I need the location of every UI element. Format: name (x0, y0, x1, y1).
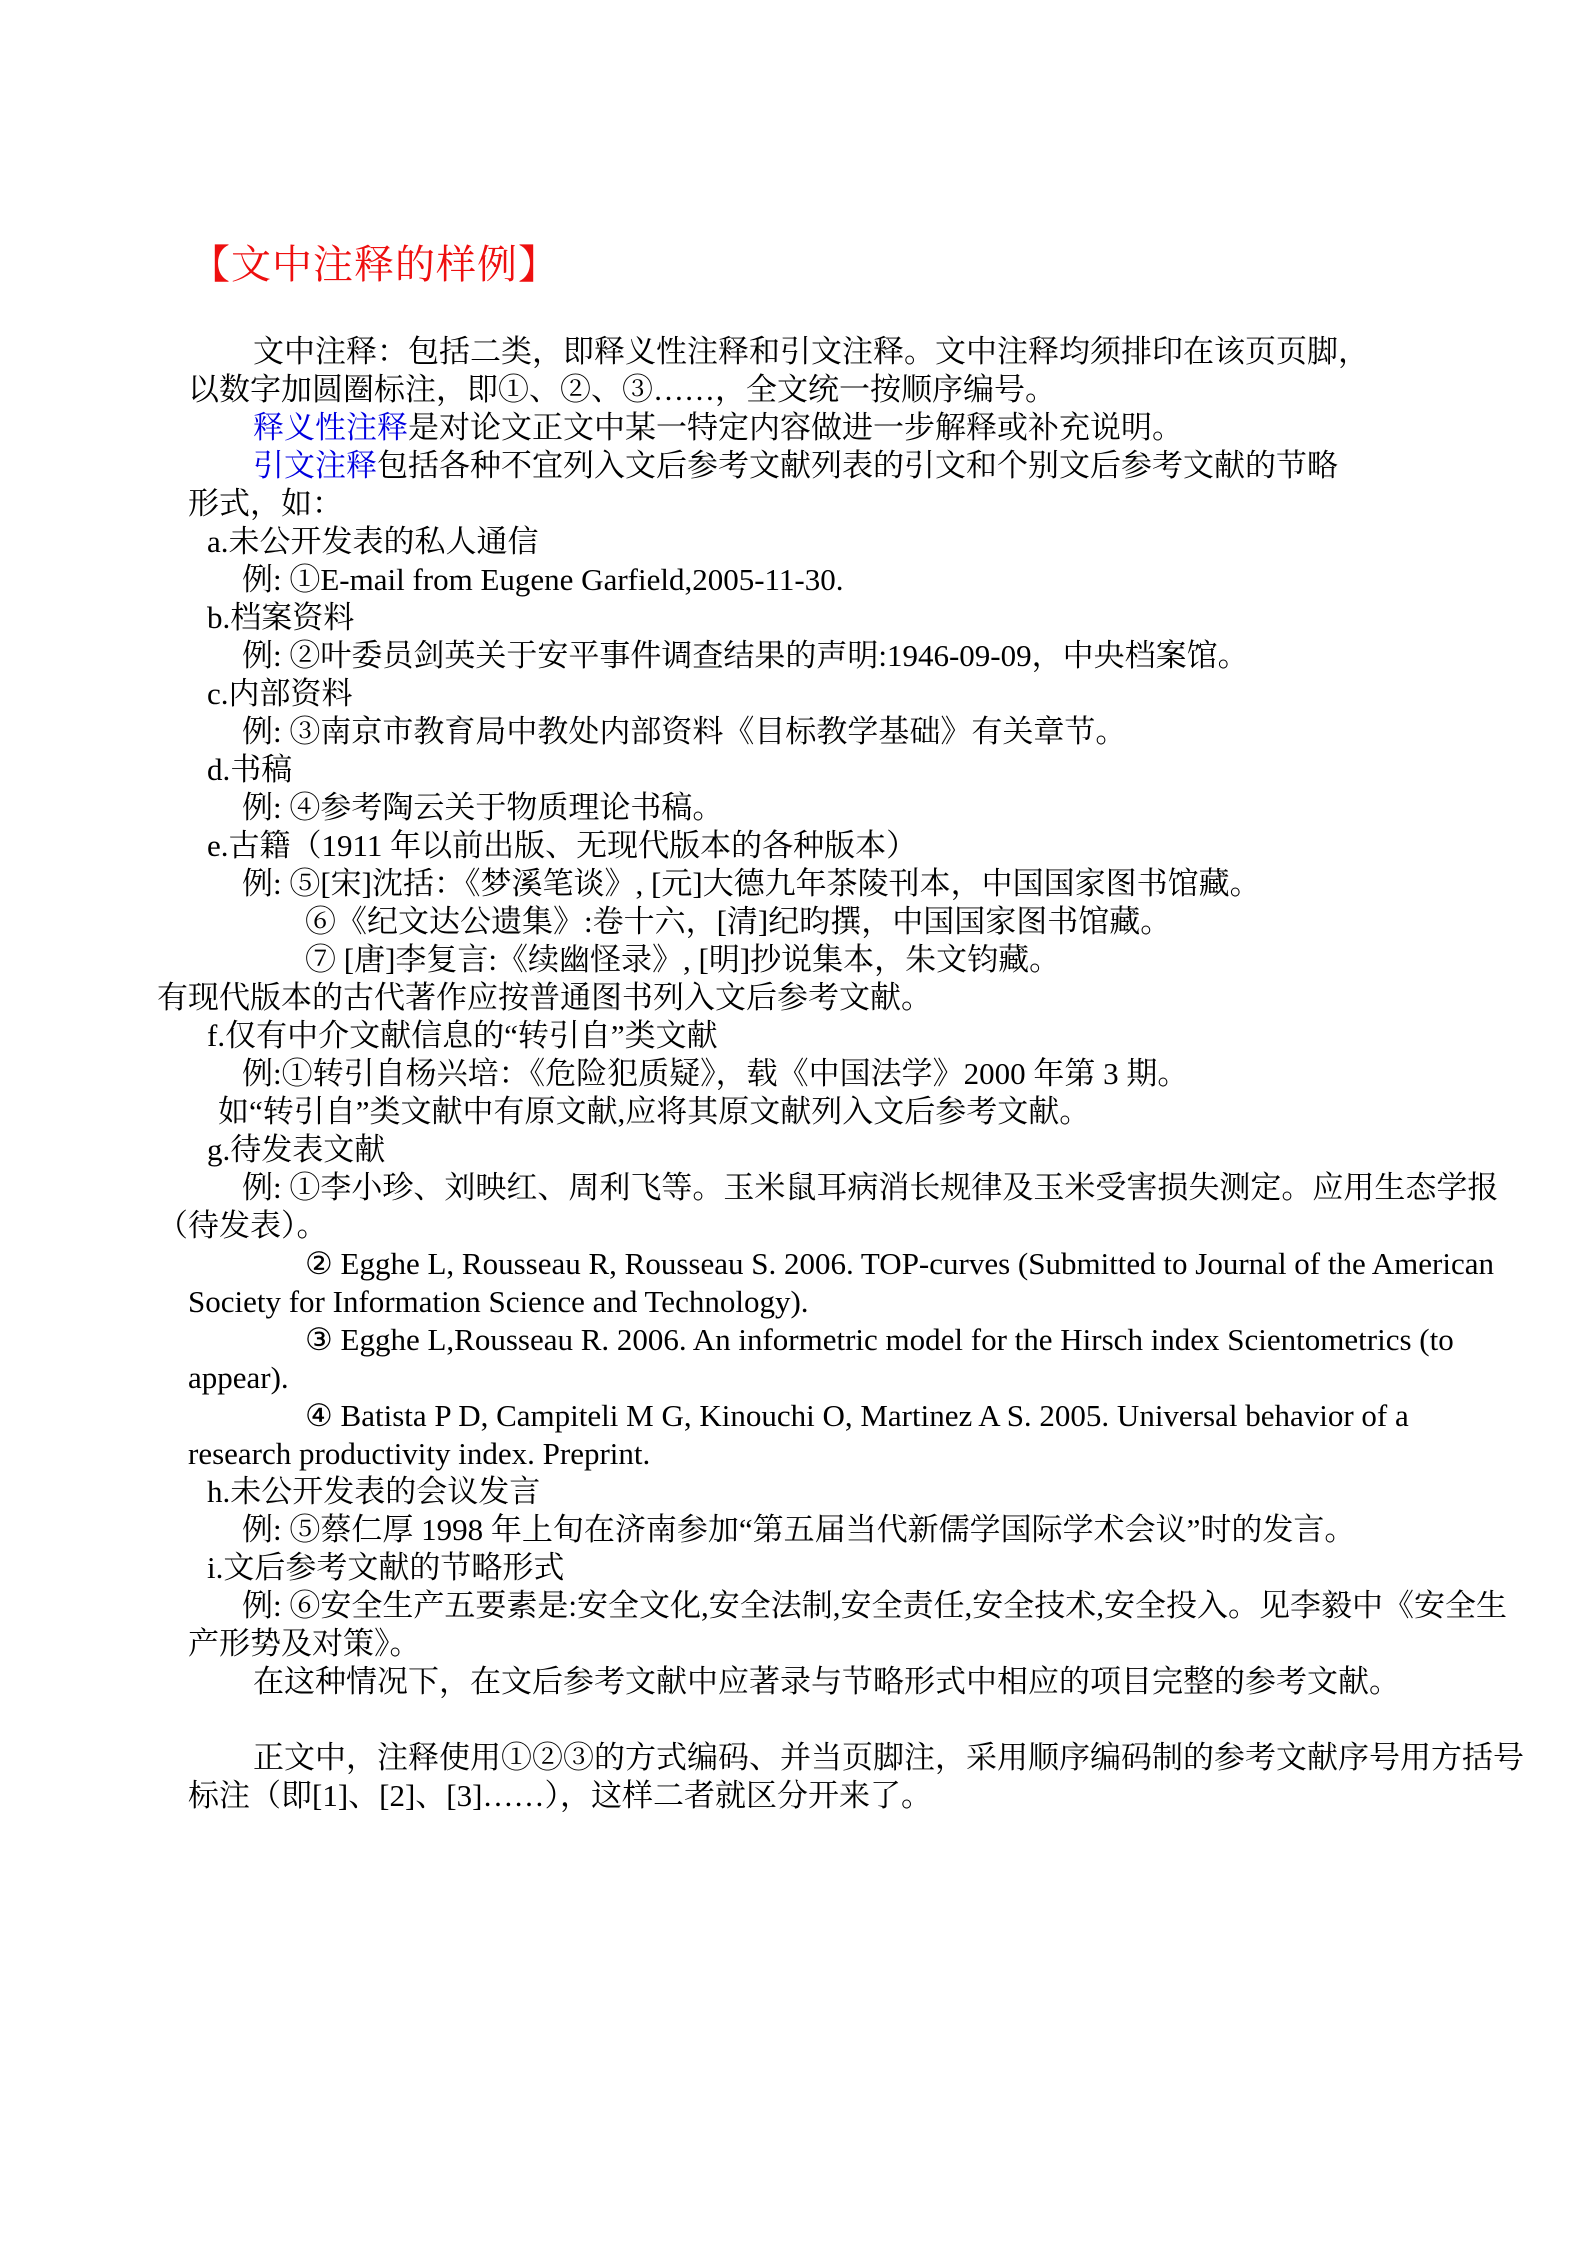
doc-line-text: 是对论文正文中某一特定内容做进一步解释或补充说明。 (408, 410, 1183, 445)
example-line: 例: ①E-mail from Eugene Garfield,2005-11-… (0, 561, 1587, 599)
doc-line: 在这种情况下，在文后参考文献中应著录与节略形式中相应的项目完整的参考文献。 (0, 1663, 1587, 1701)
example-line: ⑥《纪文达公遗集》:卷十六，[清]纪昀撰，中国国家图书馆藏。 (0, 903, 1587, 941)
doc-line: 文中注释：包括二类，即释义性注释和引文注释。文中注释均须排印在该页页脚， (0, 333, 1587, 371)
example-line: 例: ③南京市教育局中教处内部资料《目标教学基础》有关章节。 (0, 713, 1587, 751)
example-continuation: research productivity index. Preprint. (0, 1435, 1587, 1473)
list-item-i: i.文后参考文献的节略形式 (0, 1549, 1587, 1587)
page-title: 【文中注释的样例】 (190, 241, 559, 289)
doc-line-text: 包括各种不宜列入文后参考文献列表的引文和个别文后参考文献的节略 (377, 448, 1338, 483)
term-citation-note: 引文注释 (253, 448, 377, 483)
doc-line: 释义性注释是对论文正文中某一特定内容做进一步解释或补充说明。 (0, 409, 1587, 447)
example-line: 例: ⑤[宋]沈括：《梦溪笔谈》, [元]大德九年茶陵刊本，中国国家图书馆藏。 (0, 865, 1587, 903)
list-item-d: d.书稿 (0, 751, 1587, 789)
doc-line: 正文中，注释使用①②③的方式编码、并当页脚注，采用顺序编码制的参考文献序号用方括… (0, 1739, 1587, 1777)
document-page: 【文中注释的样例】 文中注释：包括二类，即释义性注释和引文注释。文中注释均须排印… (0, 0, 1587, 2245)
doc-line: 标注（即[1]、[2]、[3]……），这样二者就区分开来了。 (0, 1777, 1587, 1815)
list-item-a: a.未公开发表的私人通信 (0, 523, 1587, 561)
term-interpretive-note: 释义性注释 (253, 410, 408, 445)
example-line: 例:①转引自杨兴培：《危险犯质疑》，载《中国法学》2000 年第 3 期。 (0, 1055, 1587, 1093)
example-line: ④ Batista P D, Campiteli M G, Kinouchi O… (0, 1397, 1587, 1435)
example-continuation: 产形势及对策》。 (0, 1625, 1587, 1663)
example-line: ③ Egghe L,Rousseau R. 2006. An informetr… (0, 1321, 1587, 1359)
list-item-b: b.档案资料 (0, 599, 1587, 637)
note-line: 有现代版本的古代著作应按普通图书列入文后参考文献。 (0, 979, 1587, 1017)
example-line: 例: ④参考陶云关于物质理论书稿。 (0, 789, 1587, 827)
doc-line: 以数字加圆圈标注，即①、②、③……，全文统一按顺序编号。 (0, 371, 1587, 409)
list-item-g: g.待发表文献 (0, 1131, 1587, 1169)
example-continuation: （待发表）。 (0, 1207, 1587, 1245)
doc-line: 形式，如： (0, 485, 1587, 523)
list-item-f: f.仅有中介文献信息的“转引自”类文献 (0, 1017, 1587, 1055)
doc-line: 引文注释包括各种不宜列入文后参考文献列表的引文和个别文后参考文献的节略 (0, 447, 1587, 485)
example-continuation: Society for Information Science and Tech… (0, 1283, 1587, 1321)
example-line: 例: ①李小珍、刘映红、周利飞等。玉米鼠耳病消长规律及玉米受害损失测定。应用生态… (0, 1169, 1587, 1207)
list-item-h: h.未公开发表的会议发言 (0, 1473, 1587, 1511)
list-item-c: c.内部资料 (0, 675, 1587, 713)
blank-line (0, 1701, 1587, 1739)
example-line: 例: ②叶委员剑英关于安平事件调查结果的声明:1946-09-09，中央档案馆。 (0, 637, 1587, 675)
example-line: ⑦ [唐]李复言:《续幽怪录》, [明]抄说集本，朱文钧藏。 (0, 941, 1587, 979)
example-line: ② Egghe L, Rousseau R, Rousseau S. 2006.… (0, 1245, 1587, 1283)
note-line: 如“转引自”类文献中有原文献,应将其原文献列入文后参考文献。 (0, 1093, 1587, 1131)
example-continuation: appear). (0, 1359, 1587, 1397)
list-item-e: e.古籍（1911 年以前出版、无现代版本的各种版本） (0, 827, 1587, 865)
document-body: 文中注释：包括二类，即释义性注释和引文注释。文中注释均须排印在该页页脚， 以数字… (0, 333, 1587, 1815)
example-line: 例: ⑤蔡仁厚 1998 年上旬在济南参加“第五届当代新儒学国际学术会议”时的发… (0, 1511, 1587, 1549)
example-line: 例: ⑥安全生产五要素是:安全文化,安全法制,安全责任,安全技术,安全投入。见李… (0, 1587, 1587, 1625)
